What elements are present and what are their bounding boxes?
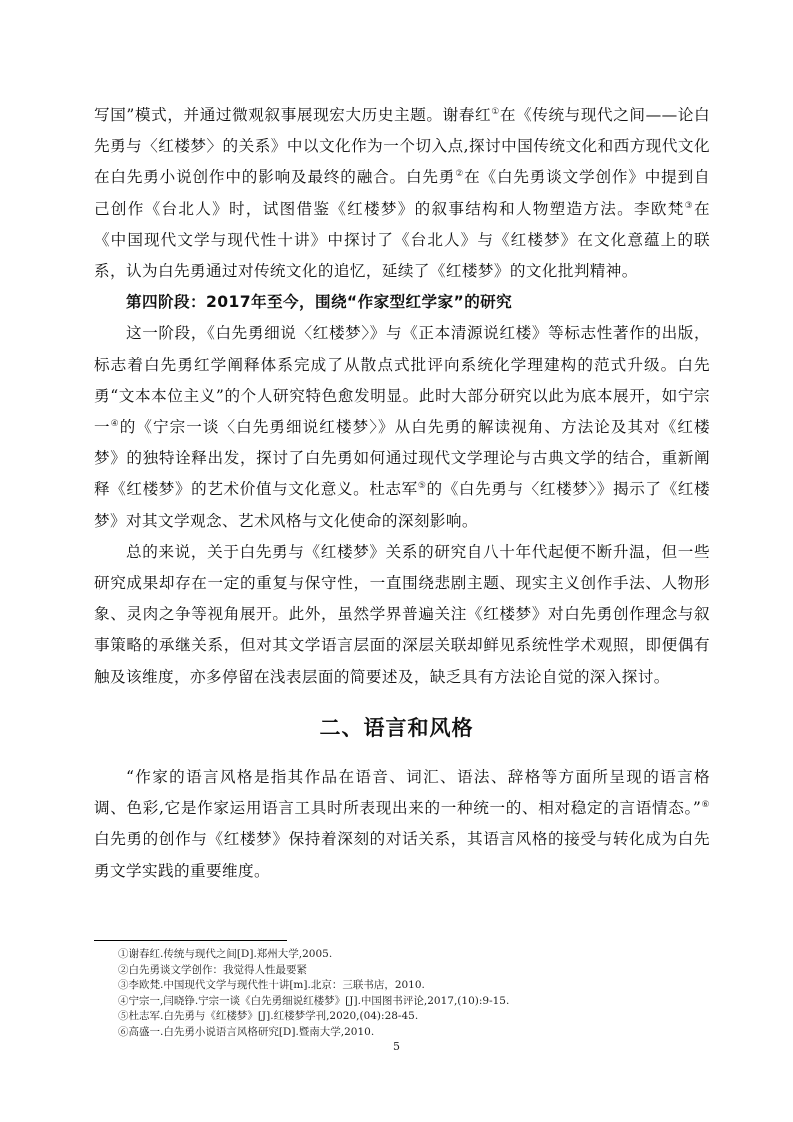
language-style-paragraph: “作家的语言风格是指其作品在语音、词汇、语法、辞格等方面所呈现的语言格调、色彩,… bbox=[94, 762, 710, 887]
document-page: 写国”模式，并通过微观叙事展现宏大历史主题。谢春红①在《传统与现代之间——论白先… bbox=[0, 0, 793, 1122]
footnote-ref-2[interactable]: ② bbox=[455, 169, 464, 179]
footnote-1: ①谢春红.传统与现代之间[D].郑州大学,2005. bbox=[118, 947, 738, 963]
footnote-4: ④宁宗一,闫晓铮.宁宗一谈《白先勇细说红楼梦》[J].中国图书评论,2017,(… bbox=[118, 994, 738, 1010]
footnote-ref-5[interactable]: ⑤ bbox=[418, 481, 427, 491]
footnote-ref-6[interactable]: ⑥ bbox=[701, 800, 710, 810]
footnote-divider bbox=[94, 940, 287, 941]
section-two-paragraph: “作家的语言风格是指其作品在语音、词汇、语法、辞格等方面所呈现的语言格调、色彩,… bbox=[94, 762, 710, 887]
section-title: 二、语言和风格 bbox=[0, 712, 793, 742]
footnotes-list: ①谢春红.传统与现代之间[D].郑州大学,2005. ②白先勇谈文学创作：我觉得… bbox=[118, 947, 738, 1040]
footnote-ref-1[interactable]: ① bbox=[491, 107, 500, 117]
body-text-block: 写国”模式，并通过微观叙事展现宏大历史主题。谢春红①在《传统与现代之间——论白先… bbox=[94, 100, 710, 693]
stage-four-heading: 第四阶段：2017年至今，围绕“作家型红学家”的研究 bbox=[94, 287, 710, 318]
footnote-5: ⑤杜志军.白先勇与《红楼梦》[J].红楼梦学刊,2020,(04):28-45. bbox=[118, 1009, 738, 1025]
quote-text: “作家的语言风格是指其作品在语音、词汇、语法、辞格等方面所呈现的语言格调、色彩,… bbox=[94, 768, 710, 817]
footnote-ref-4[interactable]: ④ bbox=[111, 419, 120, 429]
footnote-3: ③李欧梵.中国现代文学与现代性十讲[m].北京：三联书店，2010. bbox=[118, 978, 738, 994]
footnote-6: ⑥高盛一.白先勇小说语言风格研究[D].暨南大学,2010. bbox=[118, 1025, 738, 1041]
stage-four-paragraph: 这一阶段，《白先勇细说〈红楼梦〉》与《正本清源说红楼》等标志性著作的出版，标志着… bbox=[94, 318, 710, 536]
paragraph-continued: 写国”模式，并通过微观叙事展现宏大历史主题。谢春红①在《传统与现代之间——论白先… bbox=[94, 100, 710, 287]
footnote-ref-3[interactable]: ③ bbox=[685, 200, 694, 210]
page-number: 5 bbox=[0, 1040, 793, 1053]
footnote-2: ②白先勇谈文学创作：我觉得人性最要紧 bbox=[118, 963, 738, 979]
summary-paragraph: 总的来说，关于白先勇与《红楼梦》关系的研究自八十年代起便不断升温，但一些研究成果… bbox=[94, 537, 710, 693]
text-segment: 白先勇的创作与《红楼梦》保持着深刻的对话关系，其语言风格的接受与转化成为白先勇文… bbox=[94, 830, 710, 879]
text-segment: 写国”模式，并通过微观叙事展现宏大历史主题。谢春红 bbox=[94, 106, 491, 124]
